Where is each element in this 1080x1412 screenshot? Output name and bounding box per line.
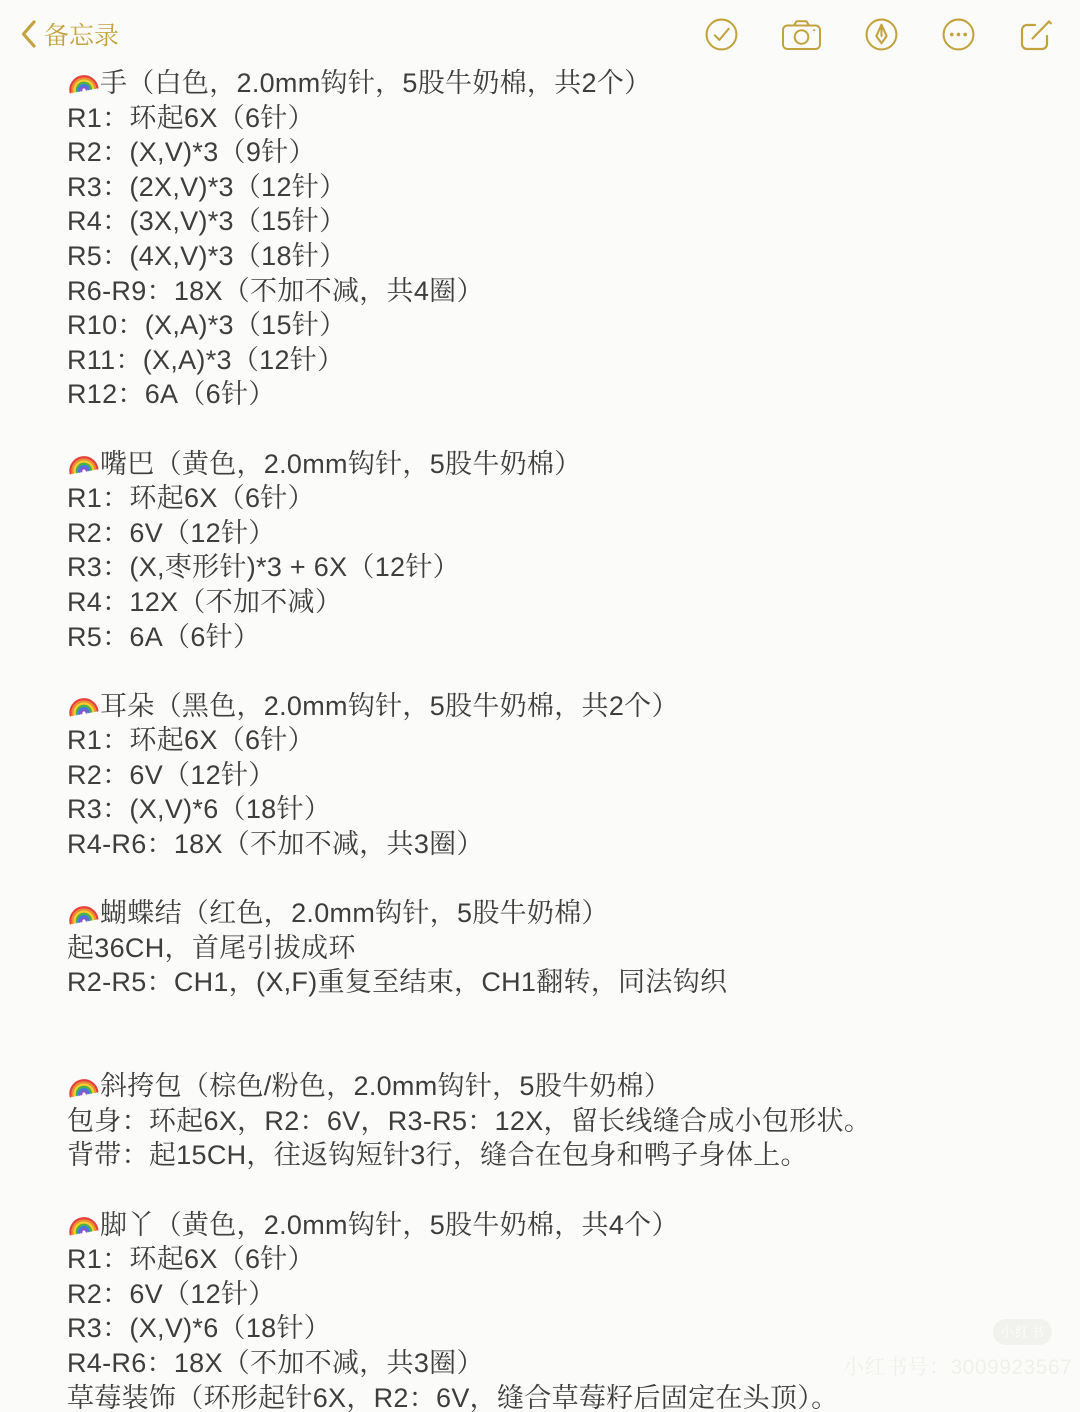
pattern-line: R4：12X（不加不减） (67, 585, 1060, 620)
section-title-text: 耳朵（黑色，2.0mm钩针，5股牛奶棉，共2个） (100, 689, 679, 724)
note-content[interactable]: 手（白色，2.0mm钩针，5股牛奶棉，共2个） R1：环起6X（6针） R2：(… (0, 0, 1080, 1412)
section-title-text: 蝴蝶结（红色，2.0mm钩针，5股牛奶棉） (100, 896, 609, 931)
section-title: 斜挎包（棕色/粉色，2.0mm钩针，5股牛奶棉） (67, 1069, 1060, 1104)
pattern-line: R5：(4X,V)*3（18针） (67, 239, 1060, 274)
pattern-section: 脚丫（黄色，2.0mm钩针，5股牛奶棉，共4个） R1：环起6X（6针） R2：… (67, 1208, 1060, 1412)
pattern-line: R2：6V（12针） (67, 758, 1060, 793)
pattern-line: R3：(X,V)*6（18针） (67, 1311, 1060, 1346)
pattern-line: R6-R9：18X（不加不减，共4圈） (67, 274, 1060, 309)
section-title: 耳朵（黑色，2.0mm钩针，5股牛奶棉，共2个） (67, 689, 1060, 724)
pattern-line: R5：6A（6针） (67, 620, 1060, 655)
pattern-line: R1：环起6X（6针） (67, 723, 1060, 758)
pattern-line: R3：(X,V)*6（18针） (67, 792, 1060, 827)
pattern-section: 耳朵（黑色，2.0mm钩针，5股牛奶棉，共2个） R1：环起6X（6针） R2：… (67, 689, 1060, 862)
rainbow-icon (65, 689, 100, 719)
section-title-text: 嘴巴（黄色，2.0mm钩针，5股牛奶棉） (100, 447, 582, 482)
pattern-section: 蝴蝶结（红色，2.0mm钩针，5股牛奶棉） 起36CH，首尾引拔成环 R2-R5… (67, 896, 1060, 1000)
pattern-line: R1：环起6X（6针） (67, 1242, 1060, 1277)
pattern-line: 草莓装饰（环形起针6X，R2：6V，缝合草莓籽后固定在头顶）。 (67, 1381, 1060, 1412)
pattern-line: R2：6V（12针） (67, 516, 1060, 551)
rainbow-icon (65, 1070, 100, 1100)
pattern-line: 起36CH，首尾引拔成环 (67, 931, 1060, 966)
pattern-line: R4-R6：18X（不加不减，共3圈） (67, 827, 1060, 862)
section-title: 嘴巴（黄色，2.0mm钩针，5股牛奶棉） (67, 447, 1060, 482)
pattern-line: R3：(X,枣形针)*3 + 6X（12针） (67, 550, 1060, 585)
rainbow-icon (65, 897, 100, 927)
rainbow-icon (65, 447, 100, 477)
xiaohongshu-id-watermark: 小红书号：3009923567 (843, 1351, 1072, 1381)
pattern-section: 嘴巴（黄色，2.0mm钩针，5股牛奶棉） R1：环起6X（6针） R2：6V（1… (67, 447, 1060, 655)
pattern-line: R11：(X,A)*3（12针） (67, 343, 1060, 378)
rainbow-icon (65, 1208, 100, 1238)
pattern-line: R4：(3X,V)*3（15针） (67, 204, 1060, 239)
pattern-line: R10：(X,A)*3（15针） (67, 308, 1060, 343)
pattern-line: R1：环起6X（6针） (67, 481, 1060, 516)
notes-app-screen: 备忘录 (0, 0, 1080, 1412)
section-title-text: 斜挎包（棕色/粉色，2.0mm钩针，5股牛奶棉） (100, 1069, 671, 1104)
pattern-line: R1：环起6X（6针） (67, 101, 1060, 136)
section-title: 蝴蝶结（红色，2.0mm钩针，5股牛奶棉） (67, 896, 1060, 931)
rainbow-icon (65, 67, 100, 97)
xiaohongshu-badge: 小红书 (993, 1319, 1052, 1345)
section-title-text: 手（白色，2.0mm钩针，5股牛奶棉，共2个） (100, 66, 651, 101)
section-title-text: 脚丫（黄色，2.0mm钩针，5股牛奶棉，共4个） (100, 1208, 679, 1243)
pattern-line: R2：(X,V)*3（9针） (67, 135, 1060, 170)
pattern-line: R2：6V（12针） (67, 1277, 1060, 1312)
pattern-line: R2-R5：CH1，(X,F)重复至结束，CH1翻转，同法钩织 (67, 965, 1060, 1000)
section-title: 脚丫（黄色，2.0mm钩针，5股牛奶棉，共4个） (67, 1208, 1060, 1243)
pattern-section: 手（白色，2.0mm钩针，5股牛奶棉，共2个） R1：环起6X（6针） R2：(… (67, 66, 1060, 412)
section-title: 手（白色，2.0mm钩针，5股牛奶棉，共2个） (67, 66, 1060, 101)
pattern-line: R3：(2X,V)*3（12针） (67, 170, 1060, 205)
pattern-section: 斜挎包（棕色/粉色，2.0mm钩针，5股牛奶棉） 包身：环起6X，R2：6V，R… (67, 1069, 1060, 1173)
pattern-line: 包身：环起6X，R2：6V，R3-R5：12X，留长线缝合成小包形状。 (67, 1104, 1060, 1139)
pattern-line: R12：6A（6针） (67, 377, 1060, 412)
pattern-line: 背带：起15CH，往返钩短针3行，缝合在包身和鸭子身体上。 (67, 1138, 1060, 1173)
